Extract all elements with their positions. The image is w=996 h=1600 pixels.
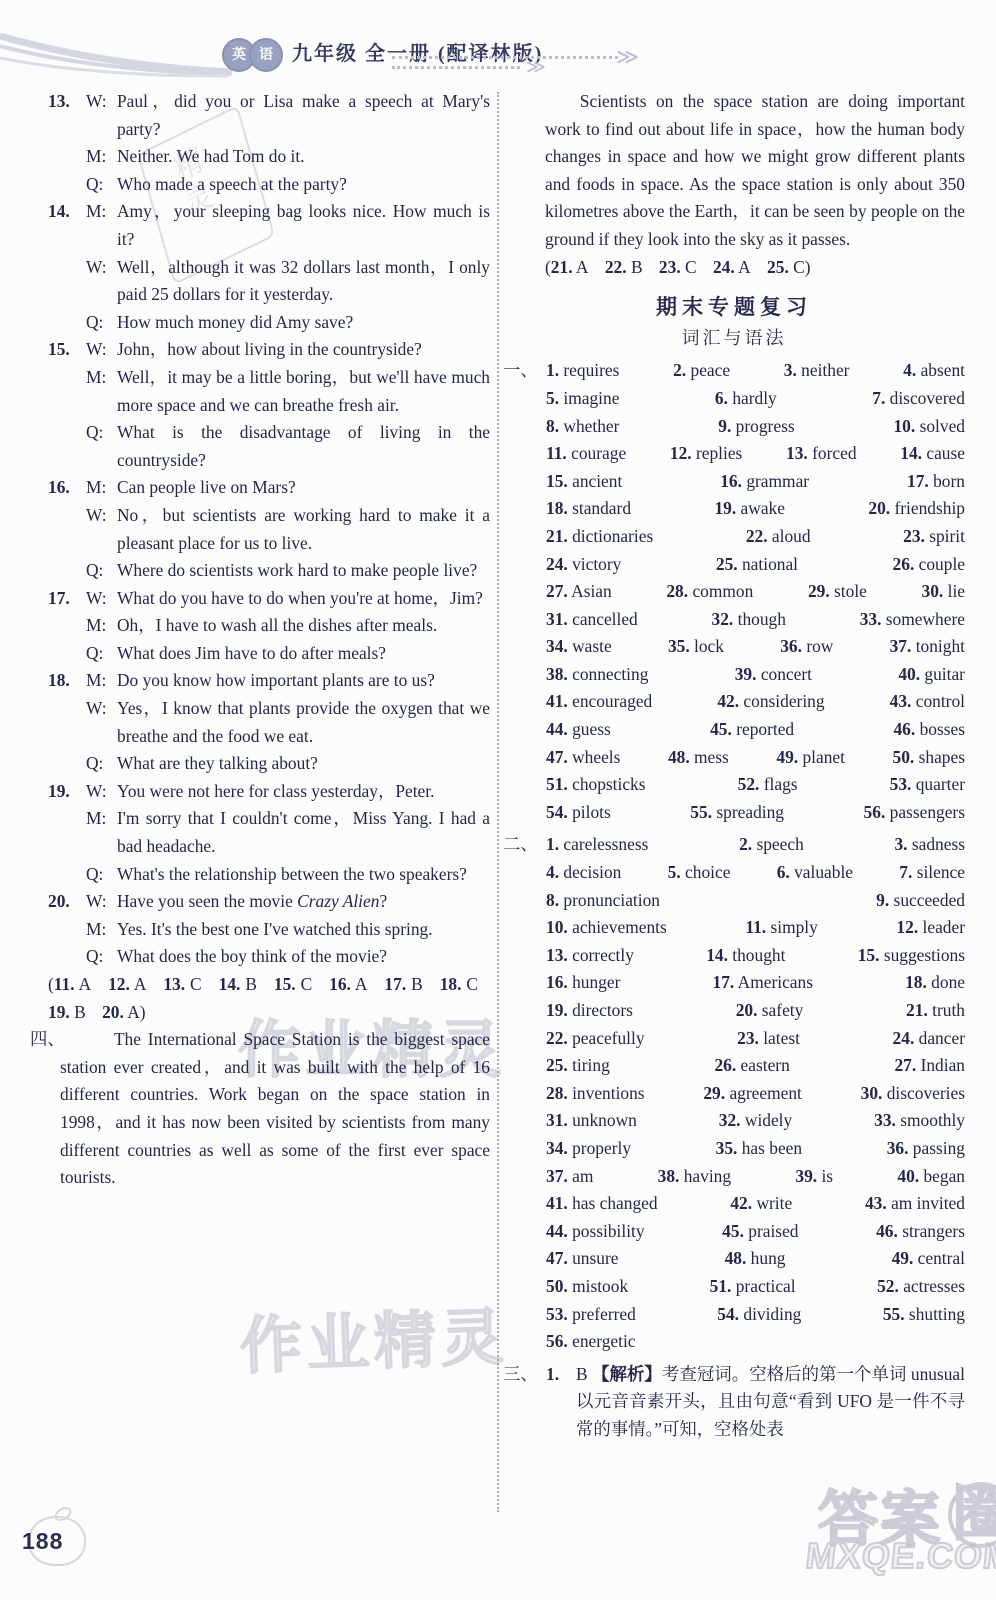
dialogue-body: W:John，how about living in the countrysi…	[86, 336, 490, 474]
word-answer: 8. pronunciation	[546, 887, 660, 915]
word-answer: 3. neither	[784, 357, 850, 385]
dialogue-text: You were not here for class yesterday，Pe…	[117, 778, 490, 806]
word-answer: 14. cause	[900, 440, 965, 468]
text-part: You were not here for class yesterday，Pe…	[117, 781, 434, 801]
word-answer: 25. tiring	[546, 1052, 610, 1080]
book-page: 英 语 九年级 全一册 (配译林版) ≫ ≫ 精灵 作业精灵 作业精灵 13.W…	[0, 0, 996, 1600]
word-answer-line: 8. pronunciation9. succeeded	[546, 887, 965, 915]
subject-badge: 英 语	[222, 38, 276, 68]
answer-pair: 16. A	[329, 974, 367, 994]
review-subheading: 词汇与语法	[503, 325, 965, 353]
word-answer: 17. born	[907, 468, 965, 496]
item-number: 17.	[48, 585, 86, 668]
text-part: Well，it may be a little boring，but we'll…	[117, 367, 490, 415]
text-part: B	[576, 1364, 592, 1384]
word-answer: 31. unknown	[546, 1107, 637, 1135]
speaker-label: Q:	[86, 640, 117, 668]
word-answer-line: 21. dictionaries22. aloud23. spirit	[546, 523, 965, 551]
word-answer: 20. friendship	[868, 495, 965, 523]
word-answer: 44. possibility	[546, 1218, 645, 1246]
speaker-label: Q:	[86, 309, 117, 337]
word-answer-line: 19. directors20. safety21. truth	[546, 997, 965, 1025]
text-part: I'm sorry that I couldn't come，Miss Yang…	[117, 808, 490, 856]
word-answer-line: 41. has changed42. write43. am invited	[546, 1190, 965, 1218]
word-answer: 10. achievements	[546, 914, 667, 942]
item-number: 13.	[48, 88, 86, 198]
dialogue-line: M:Amy，your sleeping bag looks nice. How …	[86, 198, 490, 253]
word-answer: 49. planet	[776, 744, 845, 772]
word-answer: 13. correctly	[546, 942, 634, 970]
text-part: Yes，I know that plants provide the oxyge…	[117, 698, 490, 746]
dialogue-text: What does the boy think of the movie?	[117, 943, 490, 971]
word-answer: 56. energetic	[546, 1328, 636, 1356]
item-number: 1.	[546, 1361, 576, 1444]
word-answer: 5. imagine	[546, 385, 619, 413]
text-part: John，how about living in the countryside…	[117, 339, 422, 359]
word-answer: 52. flags	[738, 771, 798, 799]
dialogue-text: Who made a speech at the party?	[117, 171, 490, 199]
text-part: ?	[379, 891, 387, 911]
word-answer-line: 8. whether9. progress10. solved	[546, 413, 965, 441]
word-answer: 5. choice	[668, 859, 731, 887]
word-answer: 27. Indian	[894, 1052, 965, 1080]
speaker-label: M:	[86, 143, 117, 171]
page-title: 九年级 全一册 (配译林版)	[292, 41, 543, 67]
dialogue-text: Paul，did you or Lisa make a speech at Ma…	[117, 88, 490, 143]
word-answer: 55. shutting	[883, 1301, 965, 1329]
speaker-label: Q:	[86, 861, 117, 889]
word-answer: 6. valuable	[777, 859, 853, 887]
dialogue-item: 13.W:Paul，did you or Lisa make a speech …	[48, 88, 490, 198]
section-marker: 四、	[30, 1026, 60, 1192]
word-answer: 24. victory	[546, 551, 621, 579]
dialogue-line: Q:What's the relationship between the tw…	[86, 861, 490, 889]
text-part: Have you seen the movie	[117, 891, 297, 911]
dialogue-text: Have you seen the movie Crazy Alien?	[117, 888, 490, 916]
answer-key-21-25: (21. A 22. B 23. C 24. A 25. C)	[503, 254, 965, 282]
word-answer-line: 10. achievements11. simply12. leader	[546, 914, 965, 942]
word-answer: 13. forced	[786, 440, 857, 468]
header-arrow-icon-2: ≫	[616, 48, 639, 67]
dialogue-body: M:Can people live on Mars?W:No，but scien…	[86, 474, 490, 584]
speaker-label: W:	[86, 336, 117, 364]
dialogue-text: What does Jim have to do after meals?	[117, 640, 490, 668]
answer-pair: 18. C	[440, 974, 478, 994]
word-answer: 35. has been	[716, 1135, 802, 1163]
dialogue-body: W:What do you have to do when you're at …	[86, 585, 490, 668]
dialogue-line: W:Paul，did you or Lisa make a speech at …	[86, 88, 490, 143]
word-answer: 11. simply	[745, 914, 817, 942]
word-answer: 29. stole	[808, 578, 867, 606]
dialogue-text: What's the relationship between the two …	[117, 861, 490, 889]
speaker-label: M:	[86, 474, 117, 502]
word-answer: 14. thought	[706, 942, 785, 970]
word-answer-line: 1. carelessness2. speech3. sadness	[546, 831, 965, 859]
word-answer: 50. mistook	[546, 1273, 628, 1301]
dialogue-item: 18.M:Do you know how important plants ar…	[48, 667, 490, 777]
dialogue-body: W:You were not here for class yesterday，…	[86, 778, 490, 888]
dialogue-item: 17.W:What do you have to do when you're …	[48, 585, 490, 668]
word-answer-line: 41. encouraged42. considering43. control	[546, 688, 965, 716]
item-number: 15.	[48, 336, 86, 474]
speaker-label: W:	[86, 88, 117, 143]
word-answer: 42. write	[730, 1190, 792, 1218]
speaker-label: Q:	[86, 750, 117, 778]
word-answer: 47. unsure	[546, 1245, 618, 1273]
movie-title-italic: Crazy Alien	[297, 891, 379, 911]
dialogue-line: W:What do you have to do when you're at …	[86, 585, 490, 613]
word-answer: 25. national	[716, 551, 798, 579]
dialogue-text: Oh，I have to wash all the dishes after m…	[117, 612, 490, 640]
header-dotted-line-upper	[392, 56, 618, 59]
explanation-section-3: 三、 1. B 【解析】考查冠词。空格后的第一个单词 unusual 以元音音素…	[503, 1361, 965, 1444]
word-answer: 37. am	[546, 1163, 593, 1191]
word-answer: 56. passengers	[864, 799, 965, 827]
answer-site-watermark: 答案圈 MXQE.COM	[806, 1482, 996, 1570]
dialogue-text: What do you have to do when you're at ho…	[117, 585, 490, 613]
word-answer: 42. considering	[717, 688, 824, 716]
word-answer: 16. grammar	[720, 468, 809, 496]
word-answer: 33. smoothly	[874, 1107, 965, 1135]
text-part: What does Jim have to do after meals?	[117, 643, 386, 663]
dialogue-text: Can people live on Mars?	[117, 474, 490, 502]
word-answer-line: 28. inventions29. agreement30. discoveri…	[546, 1080, 965, 1108]
item-number: 20.	[48, 888, 86, 971]
dialogue-line: W:You were not here for class yesterday，…	[86, 778, 490, 806]
dialogue-line: Q:What is the disadvantage of living in …	[86, 419, 490, 474]
text-part: Oh，I have to wash all the dishes after m…	[117, 615, 437, 635]
speaker-label: W:	[86, 695, 117, 750]
word-answer: 51. practical	[710, 1273, 796, 1301]
word-answer: 50. shapes	[893, 744, 965, 772]
item-number: 14.	[48, 198, 86, 336]
answer-pair: 12. A	[108, 974, 146, 994]
word-answer-line: 31. unknown32. widely33. smoothly	[546, 1107, 965, 1135]
word-answer-line: 37. am38. having39. is40. began	[546, 1163, 965, 1191]
word-answer: 30. lie	[922, 578, 965, 606]
word-answer-line: 24. victory25. national26. couple	[546, 551, 965, 579]
word-answer-line: 15. ancient16. grammar17. born	[546, 468, 965, 496]
word-answer: 1. requires	[546, 357, 619, 385]
word-answer: 17. Americans	[713, 969, 813, 997]
word-answer: 8. whether	[546, 413, 619, 441]
dialogue-text: No，but scientists are working hard to ma…	[117, 502, 490, 557]
word-answer-line: 38. connecting39. concert40. guitar	[546, 661, 965, 689]
dialogue-line: W:Yes，I know that plants provide the oxy…	[86, 695, 490, 750]
word-answer: 41. has changed	[546, 1190, 658, 1218]
homework-stamp-watermark: 作业精灵	[240, 1325, 509, 1362]
word-answer-line: 4. decision5. choice6. valuable7. silenc…	[546, 859, 965, 887]
word-answer: 9. succeeded	[876, 887, 965, 915]
dialogue-text: What is the disadvantage of living in th…	[117, 419, 490, 474]
logo-site-url: MXQE.COM	[805, 1542, 996, 1570]
word-answer: 46. bosses	[893, 716, 965, 744]
dialogue-item: 15.W:John，how about living in the countr…	[48, 336, 490, 474]
text-part: Well，although it was 32 dollars last mon…	[117, 257, 490, 305]
word-answer: 21. dictionaries	[546, 523, 653, 551]
word-answer: 52. actresses	[877, 1273, 965, 1301]
text-part: What does the boy think of the movie?	[117, 946, 387, 966]
word-answer: 54. dividing	[717, 1301, 801, 1329]
dialogue-body: W:Paul，did you or Lisa make a speech at …	[86, 88, 490, 198]
word-section-1: 一、 1. requires2. peace3. neither4. absen…	[503, 357, 965, 826]
speaker-label: W:	[86, 888, 117, 916]
answer-pair: 14. B	[219, 974, 257, 994]
word-answer-line: 11. courage12. replies13. forced14. caus…	[546, 440, 965, 468]
dialogue-text: Amy，your sleeping bag looks nice. How mu…	[117, 198, 490, 253]
word-answer: 40. began	[897, 1163, 965, 1191]
word-answer-line: 44. guess45. reported46. bosses	[546, 716, 965, 744]
dialogue-text: Well，it may be a little boring，but we'll…	[117, 364, 490, 419]
dialogue-line: W:No，but scientists are working hard to …	[86, 502, 490, 557]
section-marker: 二、	[503, 831, 546, 1355]
word-answer-line: 13. correctly14. thought15. suggestions	[546, 942, 965, 970]
word-answer: 2. peace	[673, 357, 730, 385]
word-answer-line: 53. preferred54. dividing55. shutting	[546, 1301, 965, 1329]
word-answer: 40. guitar	[898, 661, 965, 689]
word-answer: 53. quarter	[890, 771, 965, 799]
word-answer-line: 34. properly35. has been36. passing	[546, 1135, 965, 1163]
word-answer: 3. sadness	[894, 831, 965, 859]
word-answer: 45. praised	[722, 1218, 798, 1246]
dialogue-body: M:Do you know how important plants are t…	[86, 667, 490, 777]
word-answer-line: 47. unsure48. hung49. central	[546, 1245, 965, 1273]
text-part: Yes. It's the best one I've watched this…	[117, 919, 433, 939]
word-answer-line: 47. wheels48. mess49. planet50. shapes	[546, 744, 965, 772]
word-answer: 37. tonight	[890, 633, 965, 661]
word-answer: 29. agreement	[703, 1080, 802, 1108]
word-answer: 16. hunger	[546, 969, 620, 997]
dialogue-line: Q:What does the boy think of the movie?	[86, 943, 490, 971]
speaker-label: Q:	[86, 419, 117, 474]
text-part: Do you know how important plants are to …	[117, 670, 435, 690]
word-answer: 53. preferred	[546, 1301, 636, 1329]
text-part: What is the disadvantage of living in th…	[117, 422, 490, 470]
word-answer: 22. peacefully	[546, 1025, 645, 1053]
text-part: Amy，your sleeping bag looks nice. How mu…	[117, 201, 490, 249]
word-answer: 4. decision	[546, 859, 621, 887]
word-answer: 30. discoveries	[861, 1080, 965, 1108]
dialogue-text: John，how about living in the countryside…	[117, 336, 490, 364]
word-answer: 1. carelessness	[546, 831, 648, 859]
text-part: What do you have to do when you're at ho…	[117, 588, 483, 608]
word-answer: 10. solved	[893, 413, 965, 441]
word-answer: 15. suggestions	[858, 942, 965, 970]
word-answer: 24. dancer	[893, 1025, 965, 1053]
answer-pair: 15. C	[274, 974, 312, 994]
speaker-label: M:	[86, 667, 117, 695]
dialogue-body: W:Have you seen the movie Crazy Alien?M:…	[86, 888, 490, 971]
word-answer: 48. mess	[668, 744, 729, 772]
text-part: Neither. We had Tom do it.	[117, 146, 305, 166]
word-answer: 35. lock	[668, 633, 724, 661]
review-heading: 期末专题复习	[503, 294, 965, 322]
dialogue-line: Q:Who made a speech at the party?	[86, 171, 490, 199]
word-answer: 27. Asian	[546, 578, 612, 606]
word-answer-line: 50. mistook51. practical52. actresses	[546, 1273, 965, 1301]
item-number: 19.	[48, 778, 86, 888]
word-answer-line: 22. peacefully23. latest24. dancer	[546, 1025, 965, 1053]
answer-pair: 25. C)	[767, 257, 811, 277]
word-answer: 12. leader	[896, 914, 965, 942]
answer-pair: 23. C	[659, 257, 697, 277]
speaker-label: M:	[86, 198, 117, 253]
word-answer: 39. is	[795, 1163, 833, 1191]
word-answer: 2. speech	[739, 831, 804, 859]
dialogue-text: I'm sorry that I couldn't come，Miss Yang…	[117, 805, 490, 860]
text-part: Paul，did you or Lisa make a speech at Ma…	[117, 91, 490, 139]
answer-pair: (21. A	[545, 257, 589, 277]
word-answer: 23. latest	[737, 1025, 800, 1053]
word-answer: 7. discovered	[872, 385, 965, 413]
answer-pair: (11. A	[48, 974, 91, 994]
word-answer-line: 18. standard19. awake20. friendship	[546, 495, 965, 523]
word-answer-line: 44. possibility45. praised46. strangers	[546, 1218, 965, 1246]
word-answer: 20. safety	[736, 997, 804, 1025]
speaker-label: Q:	[86, 943, 117, 971]
speaker-label: M:	[86, 364, 117, 419]
header-arrow-icon-1: ≫	[526, 58, 546, 77]
dialogue-text: Neither. We had Tom do it.	[117, 143, 490, 171]
word-answer-line: 54. pilots55. spreading56. passengers	[546, 799, 965, 827]
text-part: Who made a speech at the party?	[117, 174, 347, 194]
word-answer: 36. row	[780, 633, 833, 661]
dialogue-body: M:Amy，your sleeping bag looks nice. How …	[86, 198, 490, 336]
dialogue-line: M:Yes. It's the best one I've watched th…	[86, 916, 490, 944]
page-number: 188	[22, 1528, 63, 1556]
word-answer: 43. am invited	[865, 1190, 965, 1218]
word-answer: 55. spreading	[690, 799, 784, 827]
word-answers: 1. carelessness2. speech3. sadness4. dec…	[546, 831, 965, 1355]
speaker-label: M:	[86, 805, 117, 860]
speaker-label: Q:	[86, 557, 117, 585]
word-answers: 1. requires2. peace3. neither4. absent5.…	[546, 357, 965, 826]
word-answer-line: 1. requires2. peace3. neither4. absent	[546, 357, 965, 385]
answer-pair: 17. B	[384, 974, 422, 994]
left-column: 13.W:Paul，did you or Lisa make a speech …	[38, 88, 490, 1192]
speaker-label: Q:	[86, 171, 117, 199]
listening-passage-continued: Scientists on the space station are doin…	[503, 88, 965, 254]
analysis-label: 【解析】	[592, 1364, 662, 1384]
word-answer: 28. common	[666, 578, 753, 606]
dialogue-text: Yes. It's the best one I've watched this…	[117, 916, 490, 944]
word-answer: 33. somewhere	[860, 606, 965, 634]
word-answer: 31. cancelled	[546, 606, 638, 634]
word-section-2: 二、 1. carelessness2. speech3. sadness4. …	[503, 831, 965, 1355]
word-answer: 47. wheels	[546, 744, 620, 772]
answer-pair: 19. B	[48, 1002, 86, 1022]
badge-char-2: 语	[249, 38, 283, 72]
word-answer: 26. couple	[893, 551, 965, 579]
word-answer: 19. directors	[546, 997, 633, 1025]
speaker-label: W:	[86, 502, 117, 557]
answer-key-11-20: (11. A 12. A 13. C 14. B 15. C 16. A 17.…	[48, 971, 490, 1026]
word-answer: 26. eastern	[714, 1052, 789, 1080]
word-answer-line: 5. imagine6. hardly7. discovered	[546, 385, 965, 413]
word-answer-line: 56. energetic	[546, 1328, 965, 1356]
dialogue-line: Q:Where do scientists work hard to make …	[86, 557, 490, 585]
word-answer-line: 34. waste35. lock36. row37. tonight	[546, 633, 965, 661]
speaker-label: W:	[86, 585, 117, 613]
dialogue-line: W:Well，although it was 32 dollars last m…	[86, 254, 490, 309]
word-answer: 32. though	[712, 606, 786, 634]
speaker-label: W:	[86, 254, 117, 309]
word-answer: 11. courage	[546, 440, 626, 468]
header-swoosh-decoration	[0, 22, 240, 82]
word-answer: 6. hardly	[715, 385, 777, 413]
right-column: Scientists on the space station are doin…	[503, 88, 965, 1444]
section-4-listening-passage: 四、 The International Space Station is th…	[30, 1026, 490, 1192]
word-answer: 32. widely	[719, 1107, 792, 1135]
dialogue-line: M:I'm sorry that I couldn't come，Miss Ya…	[86, 805, 490, 860]
word-answer: 12. replies	[670, 440, 742, 468]
answer-pair: 13. C	[163, 974, 201, 994]
word-answer: 36. passing	[887, 1135, 965, 1163]
dialogue-line: M:Oh，I have to wash all the dishes after…	[86, 612, 490, 640]
word-answer: 54. pilots	[546, 799, 611, 827]
speaker-label: M:	[86, 916, 117, 944]
dialogue-text: Where do scientists work hard to make pe…	[117, 557, 490, 585]
dialogue-text: What are they talking about?	[117, 750, 490, 778]
passage-text: Scientists on the space station are doin…	[545, 88, 965, 254]
column-divider	[497, 92, 499, 1512]
speaker-label: W:	[86, 778, 117, 806]
word-answer: 22. aloud	[746, 523, 811, 551]
word-answer-line: 27. Asian28. common29. stole30. lie	[546, 578, 965, 606]
item-number: 18.	[48, 667, 86, 777]
dialogue-item: 14.M:Amy，your sleeping bag looks nice. H…	[48, 198, 490, 336]
dialogue-line: M:Well，it may be a little boring，but we'…	[86, 364, 490, 419]
word-answer-line: 16. hunger17. Americans18. done	[546, 969, 965, 997]
item-number: 16.	[48, 474, 86, 584]
word-answer: 34. waste	[546, 633, 612, 661]
dialogue-item: 16.M:Can people live on Mars?W:No，but sc…	[48, 474, 490, 584]
dialogue-text: Do you know how important plants are to …	[117, 667, 490, 695]
answer-pair: 24. A	[713, 257, 751, 277]
text-part: What are they talking about?	[117, 753, 318, 773]
dialogue-item: 19.W:You were not here for class yesterd…	[48, 778, 490, 888]
dialogue-line: M:Do you know how important plants are t…	[86, 667, 490, 695]
text-part: Can people live on Mars?	[117, 477, 296, 497]
word-answer-line: 51. chopsticks52. flags53. quarter	[546, 771, 965, 799]
word-answer: 18. standard	[546, 495, 631, 523]
word-answer: 48. hung	[725, 1245, 786, 1273]
dialogue-list: 13.W:Paul，did you or Lisa make a speech …	[48, 88, 490, 971]
text-part: Where do scientists work hard to make pe…	[117, 560, 477, 580]
word-answer: 19. awake	[714, 495, 785, 523]
word-answer: 51. chopsticks	[546, 771, 646, 799]
speaker-label: M:	[86, 612, 117, 640]
dialogue-line: Q:How much money did Amy save?	[86, 309, 490, 337]
header-dotted-line-lower	[392, 66, 520, 69]
word-answer-line: 31. cancelled32. though33. somewhere	[546, 606, 965, 634]
dialogue-line: Q:What are they talking about?	[86, 750, 490, 778]
word-answer: 43. control	[890, 688, 965, 716]
text-part: What's the relationship between the two …	[117, 864, 467, 884]
word-answer: 9. progress	[718, 413, 794, 441]
word-answer: 23. spirit	[903, 523, 965, 551]
word-answer: 28. inventions	[546, 1080, 645, 1108]
word-answer: 39. concert	[735, 661, 812, 689]
answer-pair: 22. B	[605, 257, 643, 277]
word-answer: 34. properly	[546, 1135, 631, 1163]
word-answer: 4. absent	[903, 357, 965, 385]
dialogue-line: W:Have you seen the movie Crazy Alien?	[86, 888, 490, 916]
word-answer: 38. having	[658, 1163, 731, 1191]
passage-text: The International Space Station is the b…	[60, 1026, 490, 1192]
word-answer-line: 25. tiring26. eastern27. Indian	[546, 1052, 965, 1080]
word-answer: 21. truth	[906, 997, 965, 1025]
